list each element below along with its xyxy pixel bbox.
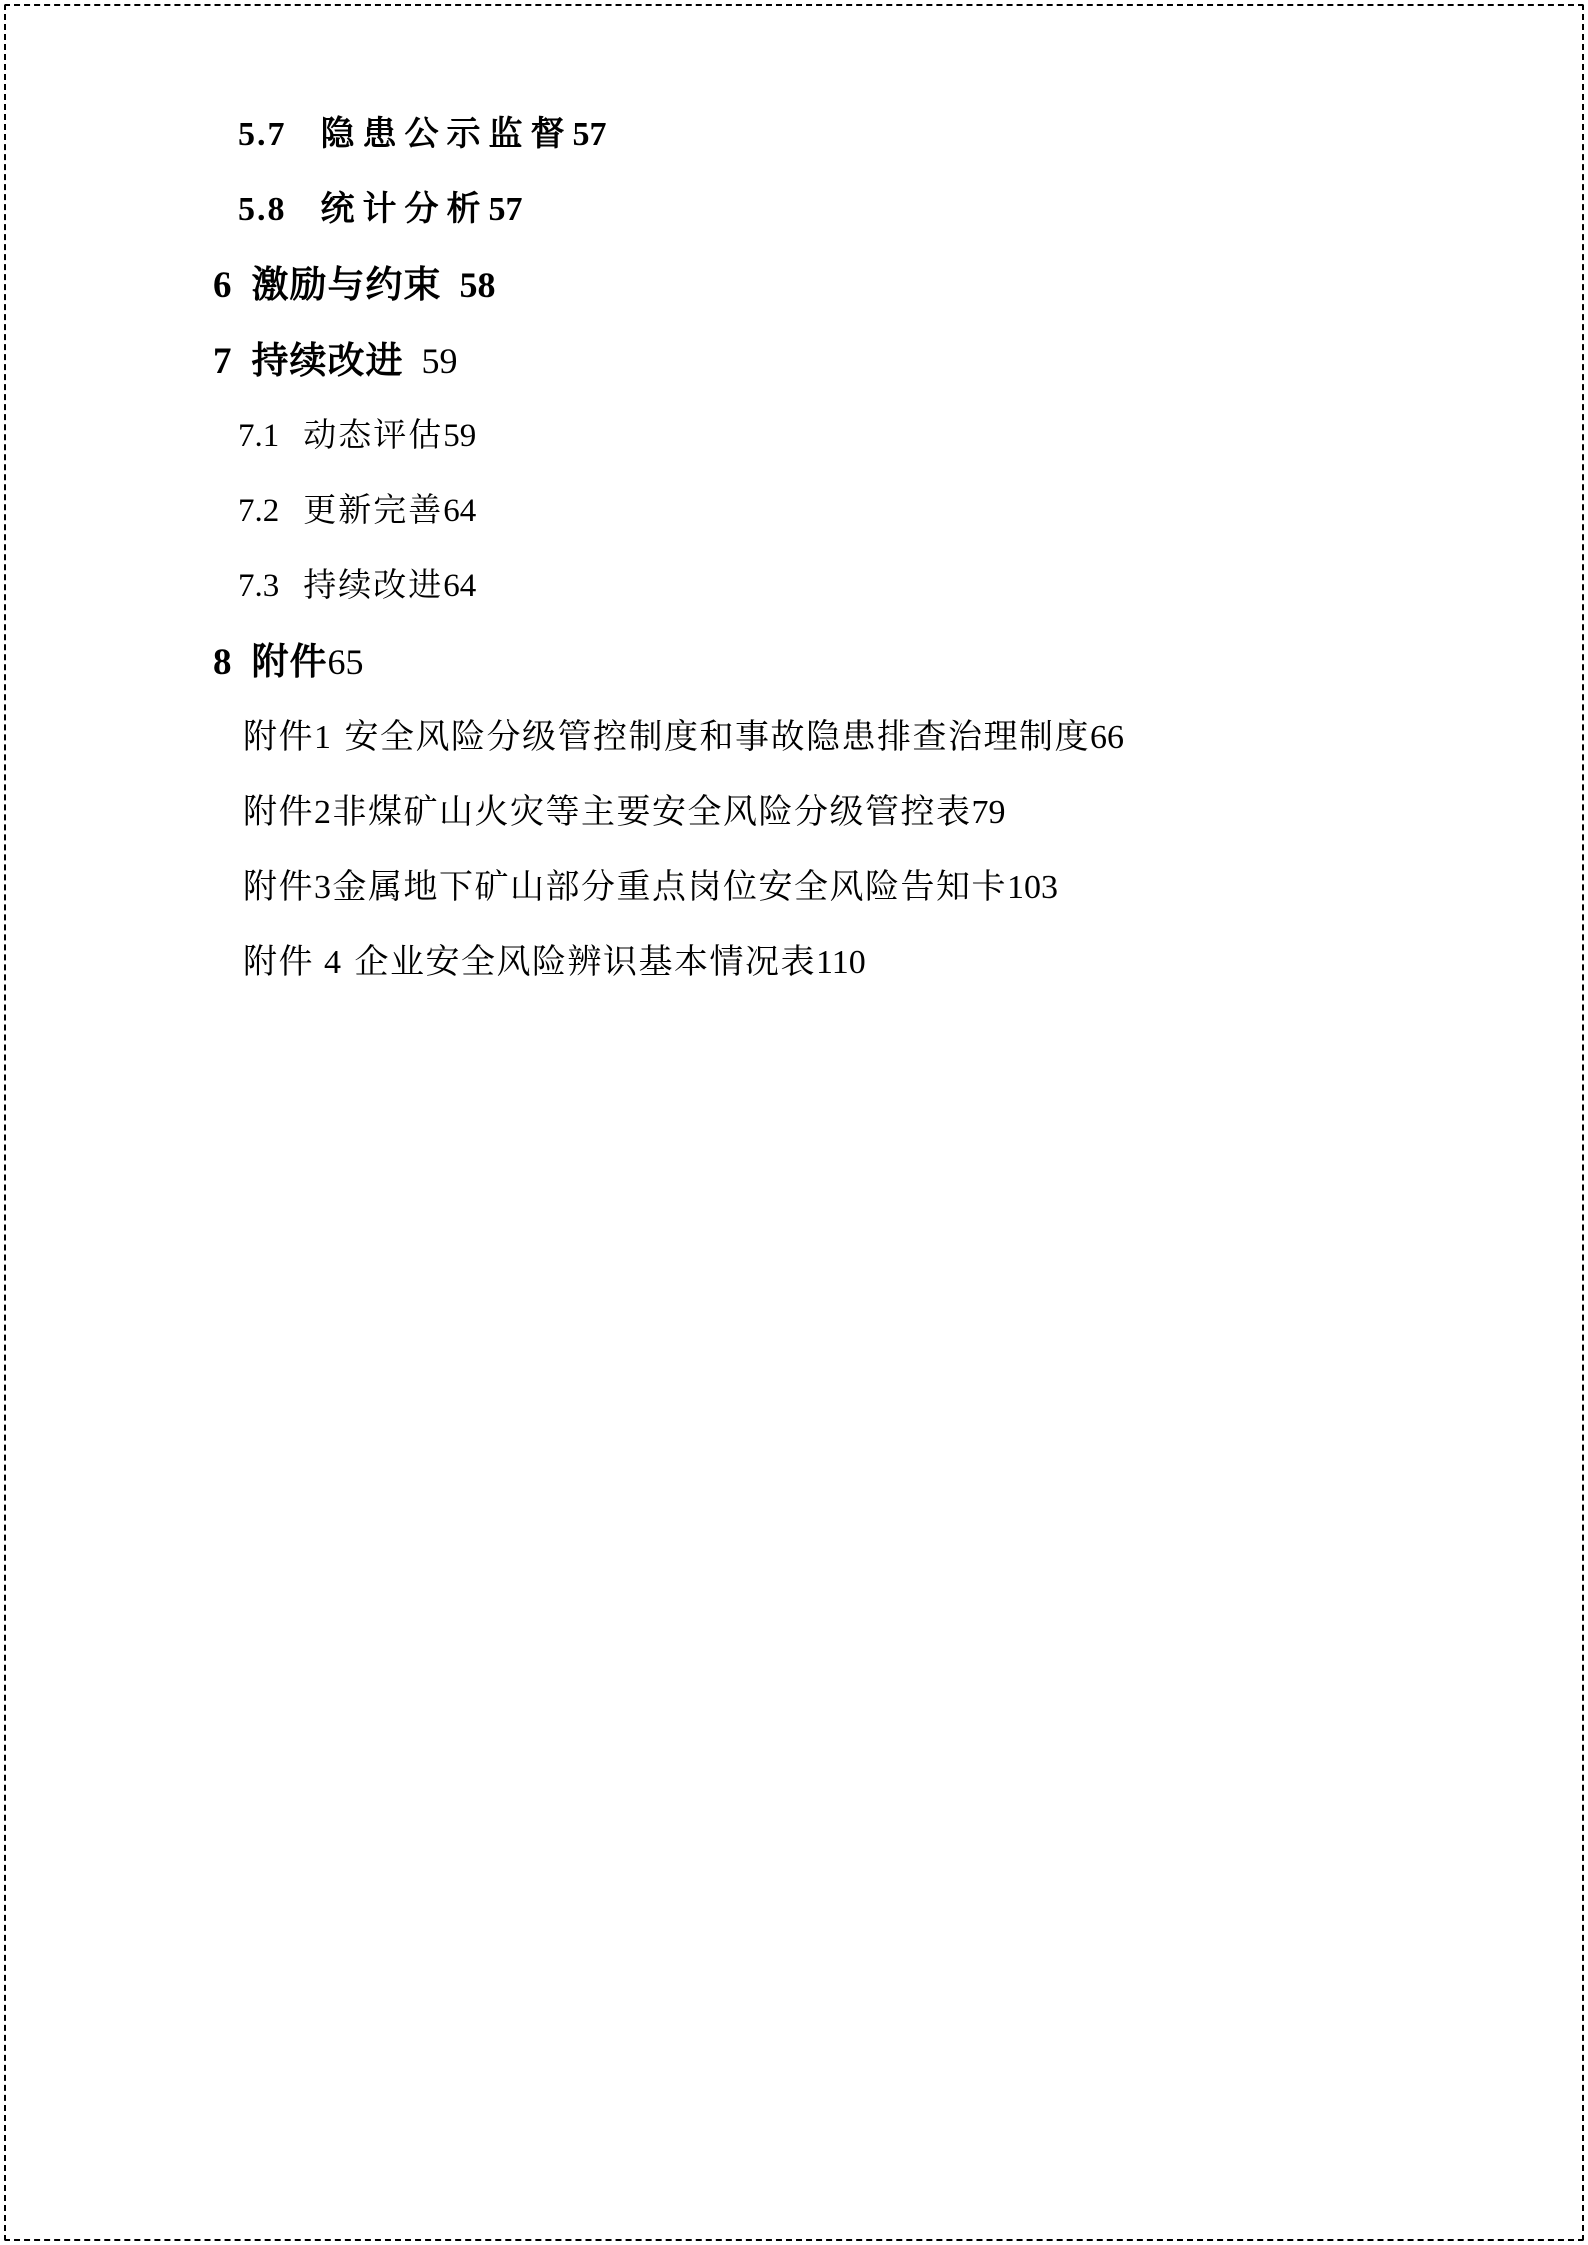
entry-page: 59 [422, 341, 458, 381]
toc-entry-7: 7持续改进59 [0, 323, 1588, 399]
toc-entry-annex-4: 附件 4企业安全风险辨识基本情况表110 [0, 925, 1588, 1000]
entry-number: 5.7 [238, 116, 287, 153]
entry-number: 8 [213, 642, 232, 683]
toc-entry-5-7: 5.7隐患公示监督57 [0, 97, 1588, 172]
entry-page: 58 [460, 265, 496, 305]
entry-number: 附件3 [243, 869, 333, 906]
entry-number: 附件1 [243, 719, 333, 756]
entry-page: 57 [489, 191, 523, 228]
document-page: 5.7隐患公示监督57 5.8统计分析57 6激励与约束58 7持续改进59 7… [0, 0, 1588, 2245]
entry-title: 更新完善 [303, 493, 443, 529]
entry-number: 7.1 [238, 418, 279, 454]
toc-entry-7-3: 7.3持续改进64 [0, 549, 1588, 624]
toc-entry-7-2: 7.2更新完善64 [0, 474, 1588, 549]
table-of-contents: 5.7隐患公示监督57 5.8统计分析57 6激励与约束58 7持续改进59 7… [0, 97, 1588, 1000]
entry-page: 66 [1090, 719, 1124, 756]
entry-number: 6 [213, 265, 232, 306]
entry-title: 隐患公示监督 [321, 116, 573, 153]
toc-entry-5-8: 5.8统计分析57 [0, 172, 1588, 247]
toc-entry-annex-3: 附件3金属地下矿山部分重点岗位安全风险告知卡103 [0, 850, 1588, 925]
entry-title: 非煤矿山火灾等主要安全风险分级管控表 [333, 794, 972, 831]
toc-entry-6: 6激励与约束58 [0, 247, 1588, 323]
entry-number: 7.3 [238, 568, 279, 604]
entry-title: 企业安全风险辨识基本情况表 [355, 944, 817, 981]
entry-number: 附件 4 [243, 944, 343, 981]
entry-page: 64 [443, 493, 476, 529]
entry-page: 103 [1007, 869, 1058, 906]
entry-page: 110 [816, 944, 866, 981]
toc-entry-annex-1: 附件1安全风险分级管控制度和事故隐患排查治理制度66 [0, 700, 1588, 775]
entry-number: 7 [213, 341, 232, 382]
entry-number: 7.2 [238, 493, 279, 529]
entry-title: 激励与约束 [252, 264, 442, 305]
toc-entry-annex-2: 附件2非煤矿山火灾等主要安全风险分级管控表79 [0, 775, 1588, 850]
entry-title: 安全风险分级管控制度和事故隐患排查治理制度 [345, 719, 1091, 756]
entry-page: 64 [443, 568, 476, 604]
entry-page: 57 [573, 116, 607, 153]
entry-title: 持续改进 [303, 568, 443, 604]
entry-page: 79 [972, 794, 1006, 831]
toc-entry-8: 8附件65 [0, 624, 1588, 700]
entry-page: 65 [328, 642, 364, 682]
entry-page: 59 [443, 418, 476, 454]
entry-title: 附件 [252, 641, 328, 682]
entry-number: 5.8 [238, 191, 287, 228]
entry-title: 金属地下矿山部分重点岗位安全风险告知卡 [333, 869, 1008, 906]
entry-title: 动态评估 [303, 418, 443, 454]
entry-number: 附件2 [243, 794, 333, 831]
entry-title: 持续改进 [252, 340, 404, 381]
toc-entry-7-1: 7.1动态评估59 [0, 399, 1588, 474]
entry-title: 统计分析 [321, 191, 489, 228]
